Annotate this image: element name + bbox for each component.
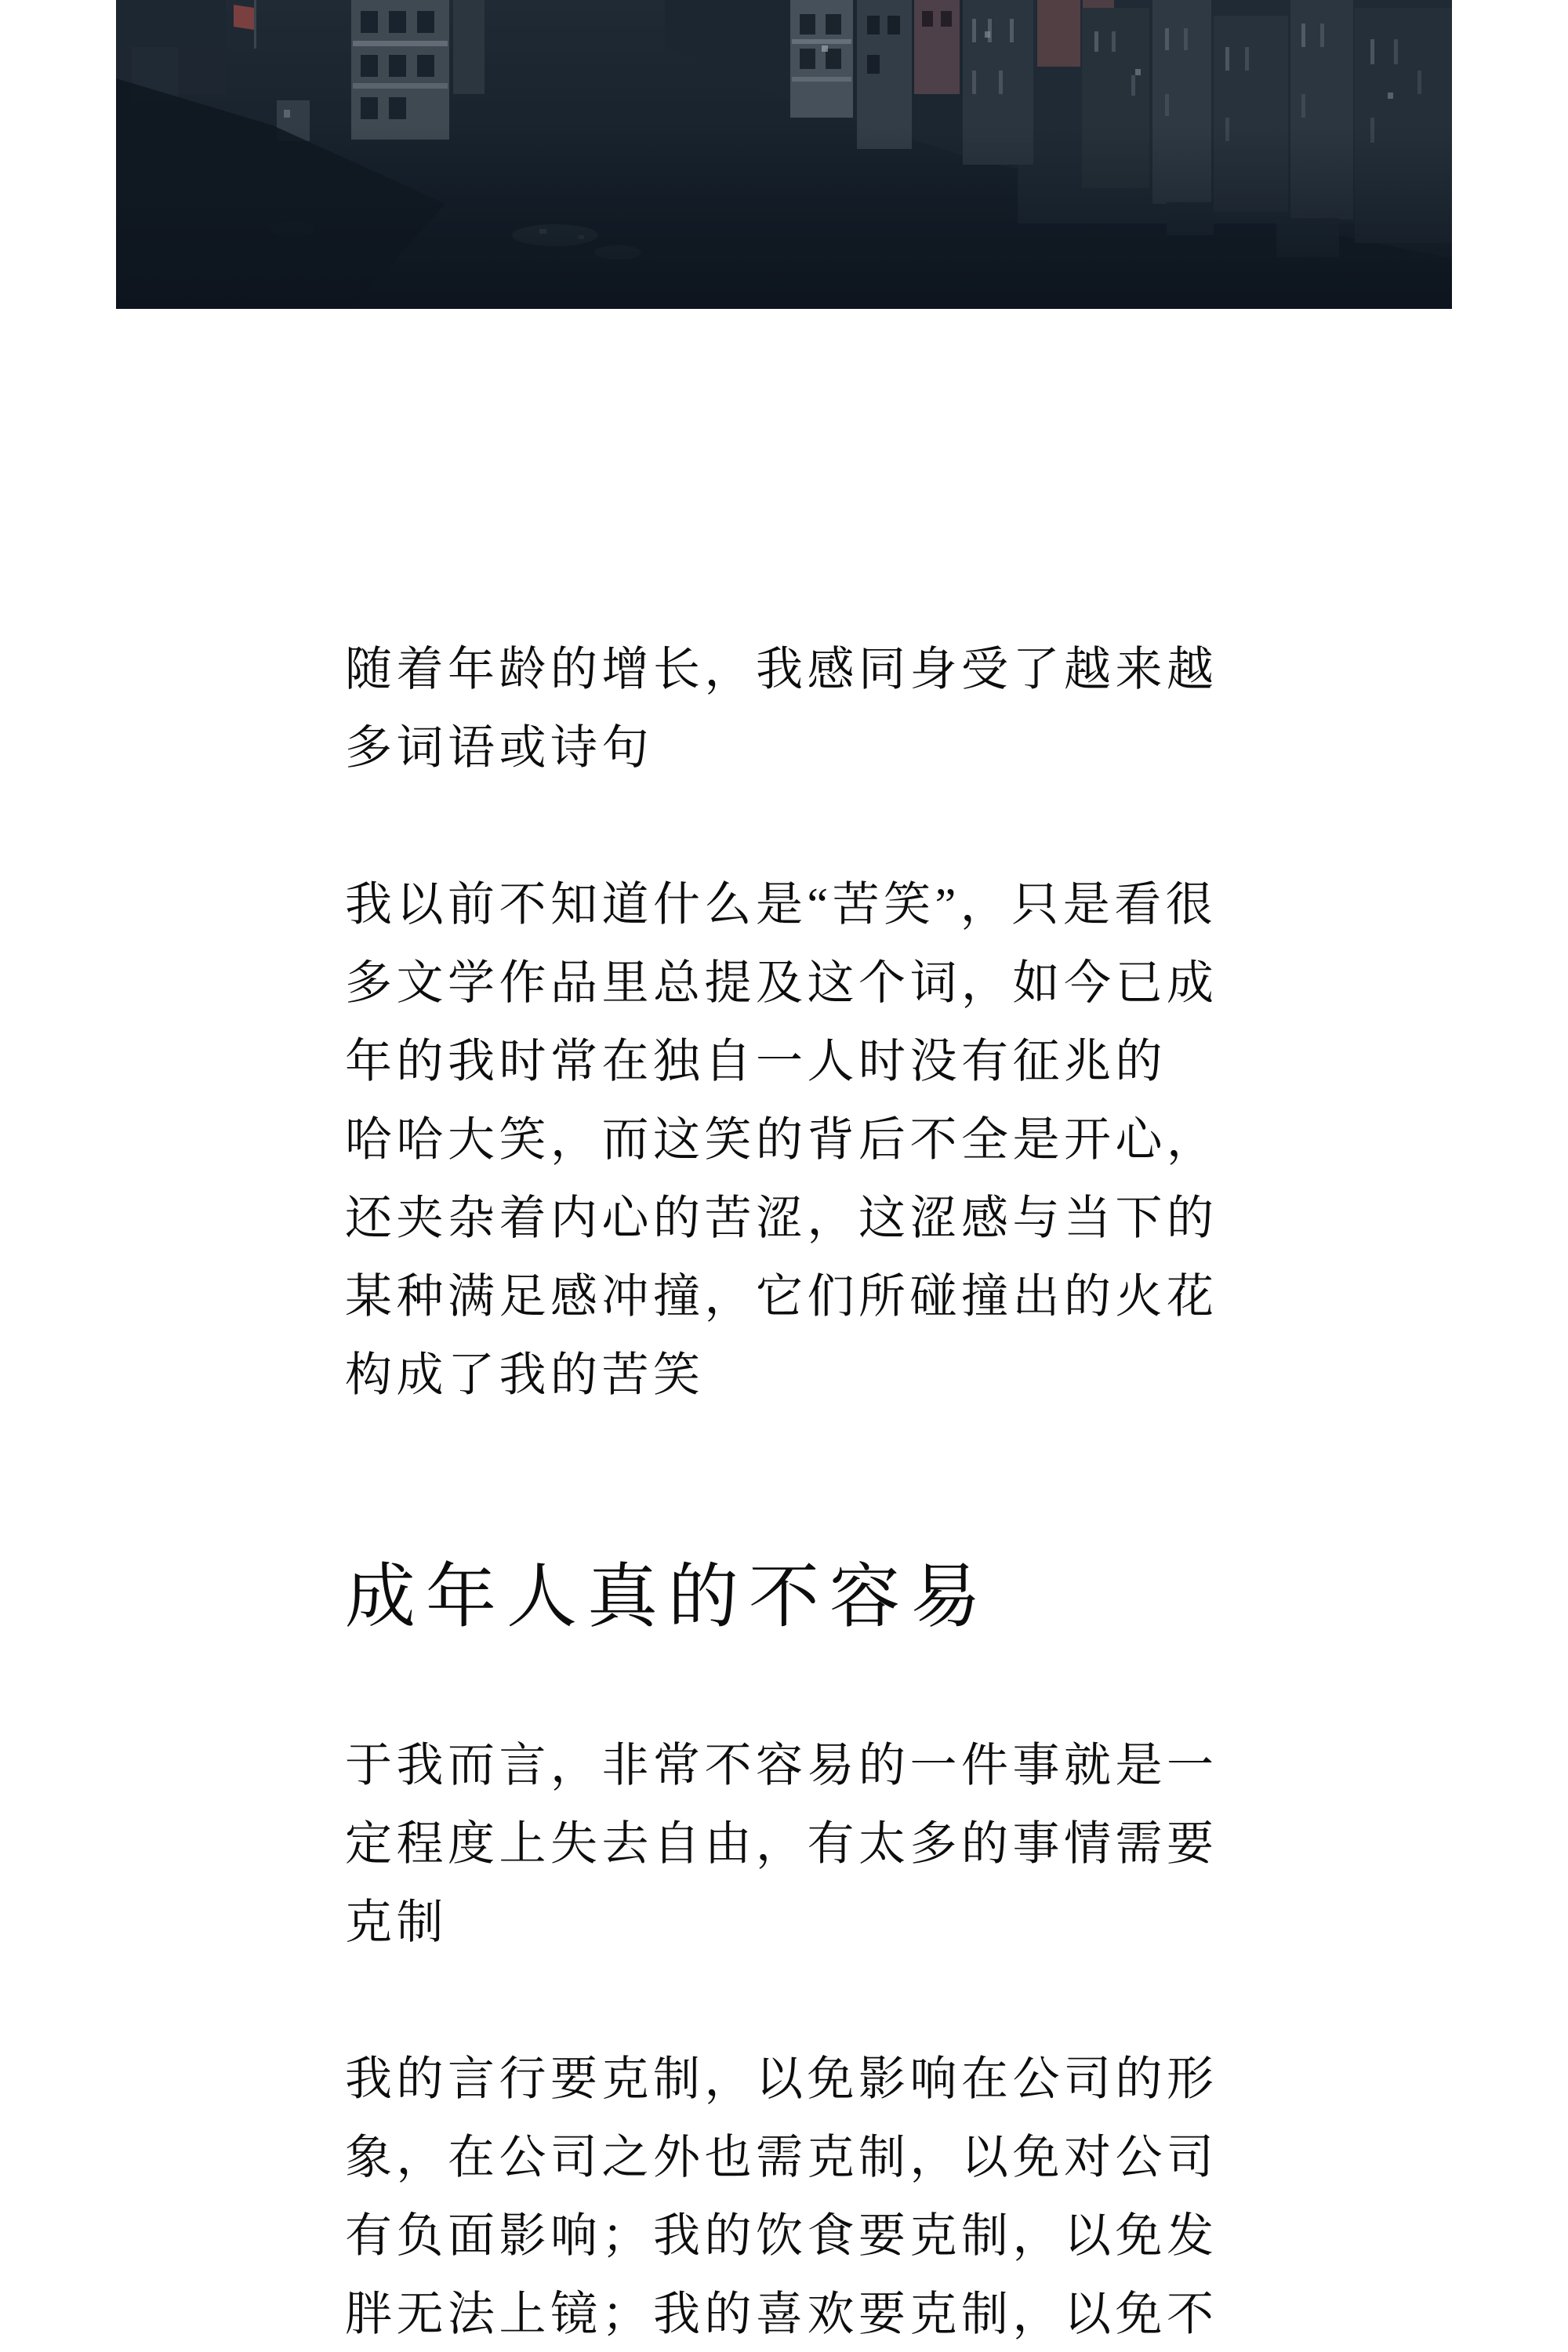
text-line: 定程度上失去自由，有太多的事情需要	[345, 1805, 1223, 1883]
article-body: 随着年龄的增长，我感同身受了越来越 多词语或诗句 我以前不知道什么是“苦笑”，只…	[345, 630, 1223, 2352]
text-line: 我的言行要克制，以免影响在公司的形	[345, 2040, 1223, 2118]
text-line: 哈哈大笑，而这笑的背后不全是开心，	[345, 1101, 1223, 1179]
paragraph-1: 随着年龄的增长，我感同身受了越来越 多词语或诗句	[345, 630, 1223, 787]
article-page: 随着年龄的增长，我感同身受了越来越 多词语或诗句 我以前不知道什么是“苦笑”，只…	[0, 0, 1568, 2352]
text-line: 多文学作品里总提及这个词，如今已成	[345, 944, 1223, 1022]
text-line: 随着年龄的增长，我感同身受了越来越	[345, 630, 1223, 709]
text-line: 象，在公司之外也需克制，以免对公司	[345, 2118, 1223, 2197]
night-hillside-buildings-photo	[116, 0, 1452, 309]
text-line: 还夹杂着内心的苦涩，这涩感与当下的	[345, 1179, 1223, 1258]
hero-image	[116, 0, 1452, 309]
text-line: 于我而言，非常不容易的一件事就是一	[345, 1726, 1223, 1805]
text-line: 克制	[345, 1883, 1223, 1962]
section-heading: 成年人真的不容易	[345, 1555, 1223, 1640]
text-line: 年的我时常在独自一人时没有征兆的	[345, 1022, 1223, 1101]
paragraph-3: 于我而言，非常不容易的一件事就是一 定程度上失去自由，有太多的事情需要 克制	[345, 1726, 1223, 1962]
text-line: 胖无法上镜；我的喜欢要克制，以免不	[345, 2275, 1223, 2352]
text-line: 某种满足感冲撞，它们所碰撞出的火花	[345, 1258, 1223, 1336]
text-line: 构成了我的苦笑	[345, 1336, 1223, 1414]
paragraph-2: 我以前不知道什么是“苦笑”，只是看很 多文学作品里总提及这个词，如今已成 年的我…	[345, 866, 1223, 1414]
text-line: 有负面影响；我的饮食要克制，以免发	[345, 2197, 1223, 2275]
paragraph-4: 我的言行要克制，以免影响在公司的形 象，在公司之外也需克制，以免对公司 有负面影…	[345, 2040, 1223, 2352]
text-line: 我以前不知道什么是“苦笑”，只是看很	[345, 866, 1223, 944]
text-line: 多词语或诗句	[345, 709, 1223, 787]
